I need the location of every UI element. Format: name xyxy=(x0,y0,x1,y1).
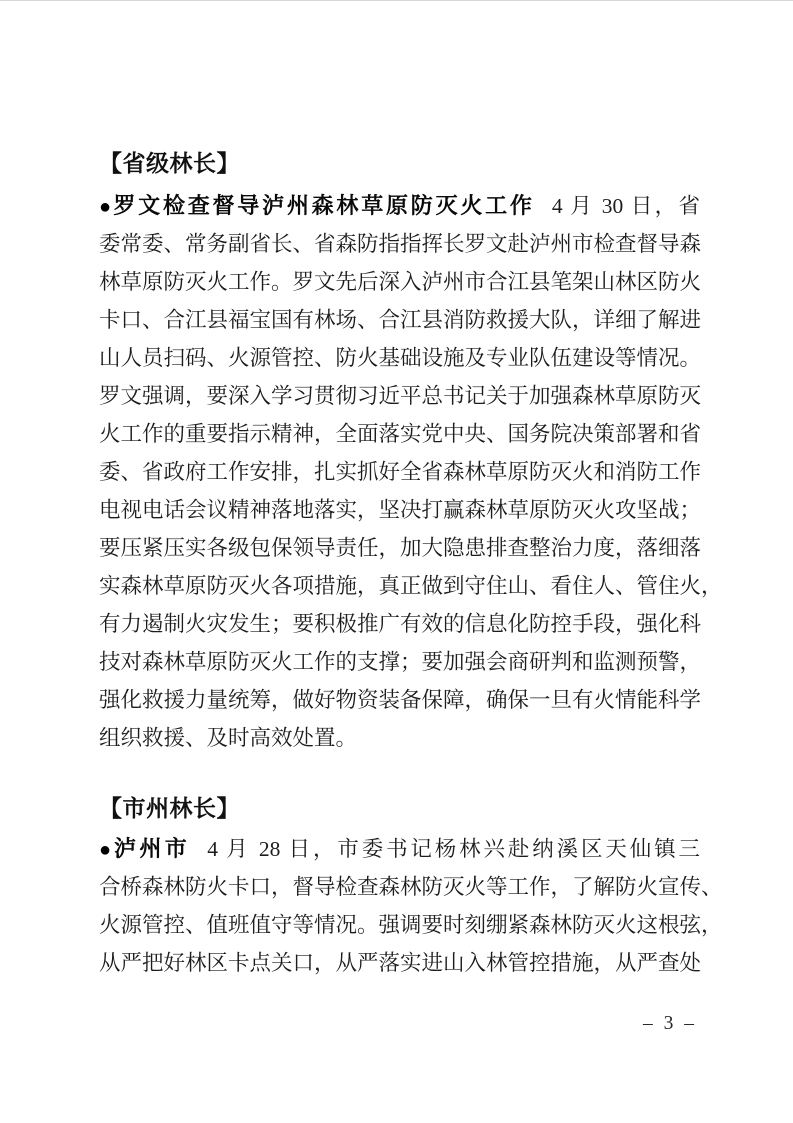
bullet-icon: ● xyxy=(99,839,114,861)
article-title-rest: 4 月 28 日，市委书记杨林兴赴纳溪区天仙镇三 xyxy=(207,837,700,861)
bullet-icon: ● xyxy=(99,196,113,218)
article-first-line: ●泸州市4 月 28 日，市委书记杨林兴赴纳溪区天仙镇三 xyxy=(99,830,700,868)
body-line: 合桥森林防火卡口，督导检查森林防灭火等工作，了解防火宣传、 xyxy=(99,868,700,906)
body-line: 要压紧压实各级包保领导责任，加大隐患排查整治力度，落细落 xyxy=(99,529,700,567)
body-line: 组织救援、及时高效处置。 xyxy=(99,719,700,757)
body-line: 林草原防灭火工作。罗文先后深入泸州市合江县笔架山林区防火 xyxy=(99,263,700,301)
article-title: 罗文检查督导泸州森林草原防灭火工作 xyxy=(113,193,534,218)
body-line: 火工作的重要指示精神，全面落实党中央、国务院决策部署和省 xyxy=(99,415,700,453)
section-heading-provincial-forest-chief: 【省级林长】 xyxy=(99,150,700,177)
document-page: 【省级林长】 ●罗文检查督导泸州森林草原防灭火工作4 月 30 日，省 委常委、… xyxy=(0,0,793,1123)
body-line: 火源管控、值班值守等情况。强调要时刻绷紧森林防灭火这根弦， xyxy=(99,906,700,944)
section-heading-city-forest-chief: 【市州林长】 xyxy=(99,795,700,822)
body-line: 电视电话会议精神落地落实，坚决打赢森林草原防灭火攻坚战； xyxy=(99,491,700,529)
article-title: 泸州市 xyxy=(114,836,190,861)
page-number: – 3 – xyxy=(643,1012,697,1036)
body-line: 委常委、常务副省长、省森防指指挥长罗文赴泸州市检查督导森 xyxy=(99,225,700,263)
body-line: 从严把好林区卡点关口，从严落实进山入林管控措施，从严查处 xyxy=(99,944,700,982)
body-line: 有力遏制火灾发生；要积极推广有效的信息化防控手段，强化科 xyxy=(99,605,700,643)
body-line: 山人员扫码、火源管控、防火基础设施及专业队伍建设等情况。 xyxy=(99,339,700,377)
body-line: 强化救援力量统筹，做好物资装备保障，确保一旦有火情能科学 xyxy=(99,681,700,719)
article-first-line: ●罗文检查督导泸州森林草原防灭火工作4 月 30 日，省 xyxy=(99,187,700,225)
body-line: 实森林草原防灭火各项措施，真正做到守住山、看住人、管住火， xyxy=(99,567,700,605)
body-line: 卡口、合江县福宝国有林场、合江县消防救援大队，详细了解进 xyxy=(99,301,700,339)
article-city: ●泸州市4 月 28 日，市委书记杨林兴赴纳溪区天仙镇三 合桥森林防火卡口，督导… xyxy=(99,830,700,982)
body-line: 罗文强调，要深入学习贯彻习近平总书记关于加强森林草原防灭 xyxy=(99,377,700,415)
article-provincial: ●罗文检查督导泸州森林草原防灭火工作4 月 30 日，省 委常委、常务副省长、省… xyxy=(99,187,700,757)
body-line: 技对森林草原防灭火工作的支撑；要加强会商研判和监测预警， xyxy=(99,643,700,681)
article-title-rest: 4 月 30 日，省 xyxy=(552,194,700,218)
body-line: 委、省政府工作安排，扎实抓好全省森林草原防灭火和消防工作 xyxy=(99,453,700,491)
